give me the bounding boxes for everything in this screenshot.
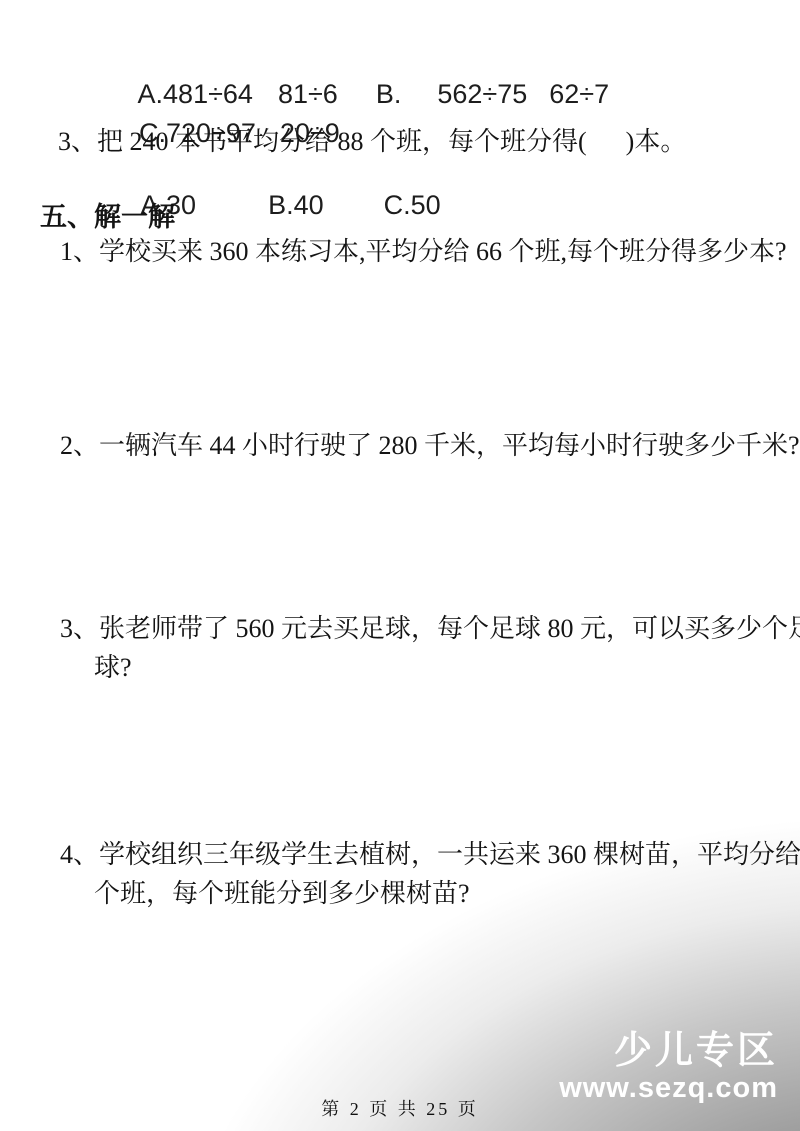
option-b: B.40 xyxy=(268,190,324,220)
problem-3-text-line2: 球? xyxy=(94,647,132,684)
option-c: C.50 xyxy=(384,190,441,220)
section-5-title: 五、解一解 xyxy=(40,195,175,234)
page-number: 第 2 页 共 25 页 xyxy=(0,1095,800,1121)
watermark-brand: 少儿专区 xyxy=(559,1030,778,1074)
choice-expression: 62÷7 xyxy=(549,79,609,109)
problem-4-text-line1: 4、学校组织三年级学生去植树，一共运来 360 棵树苗，平均分给 3 xyxy=(60,834,800,871)
choice-expression: 562÷75 xyxy=(437,79,527,109)
question-3-text: 3、把 240 本书平均分给 88 个班，每个班分得( )本。 xyxy=(58,121,686,158)
choice-label: B. xyxy=(376,79,402,109)
problem-3-text-line1: 3、张老师带了 560 元去买足球，每个足球 80 元，可以买多少个足 xyxy=(60,608,800,645)
problem-1-text: 1、学校买来 360 本练习本,平均分给 66 个班,每个班分得多少本? xyxy=(60,231,787,268)
worksheet-page: A.481÷6481÷6B.562÷7562÷7 C.720÷9720÷9 3、… xyxy=(0,0,800,1131)
watermark: 少儿专区 www.sezq.com xyxy=(559,1030,778,1103)
problem-4-text-line2: 个班，每个班能分到多少棵树苗? xyxy=(94,873,470,910)
problem-2-text: 2、一辆汽车 44 小时行驶了 280 千米，平均每小时行驶多少千米? xyxy=(60,425,800,462)
